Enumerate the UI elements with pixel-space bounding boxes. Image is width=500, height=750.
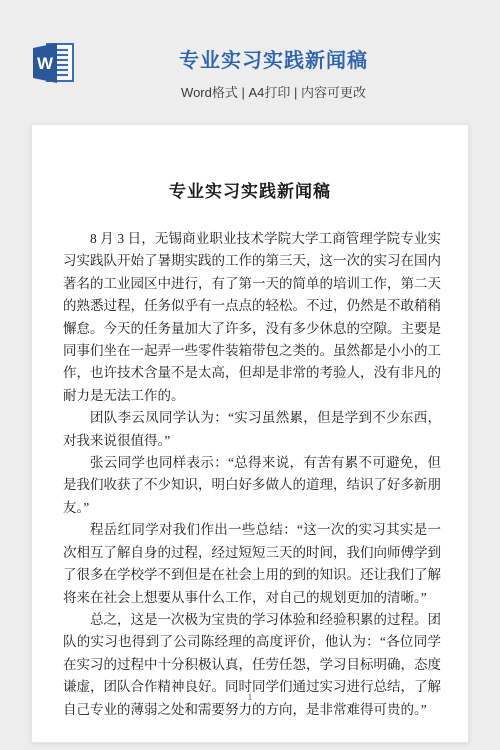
paragraph: 总之，这是一次极为宝贵的学习体验和经验积累的过程。团队的实习也得到了公司陈经理的…: [63, 609, 441, 721]
page-number: 1: [32, 692, 468, 702]
paragraph: 团队李云凤同学认为：“实习虽然累，但是学到不少东西，对我来说很值得。”: [63, 407, 441, 452]
document-body: 8 月 3 日，无锡商业职业技术学院大学工商管理学院专业实习实践队开始了暑期实践…: [63, 228, 441, 721]
paragraph: 张云同学也同样表示：“总得来说，有苦有累不可避免，但是我们收获了不少知识，明白好…: [63, 452, 441, 519]
document-page: 专业实习实践新闻稿 8 月 3 日，无锡商业职业技术学院大学工商管理学院专业实习…: [31, 124, 469, 743]
paragraph: 8 月 3 日，无锡商业职业技术学院大学工商管理学院专业实习实践队开始了暑期实践…: [63, 228, 441, 407]
template-preview: W 专业实习实践新闻稿 Word格式 | A4打印 | 内容可更改 专业实习实践…: [0, 0, 500, 750]
document-title: 专业实习实践新闻稿: [32, 177, 468, 202]
template-title: 专业实习实践新闻稿: [47, 44, 500, 73]
header: W 专业实习实践新闻稿 Word格式 | A4打印 | 内容可更改: [0, 0, 500, 124]
template-subtitle: Word格式 | A4打印 | 内容可更改: [47, 82, 500, 101]
header-text: 专业实习实践新闻稿 Word格式 | A4打印 | 内容可更改: [47, 44, 500, 101]
paragraph: 程岳红同学对我们作出一些总结：“这一次的实习其实是一次相互了解自身的过程，经过短…: [63, 519, 441, 609]
